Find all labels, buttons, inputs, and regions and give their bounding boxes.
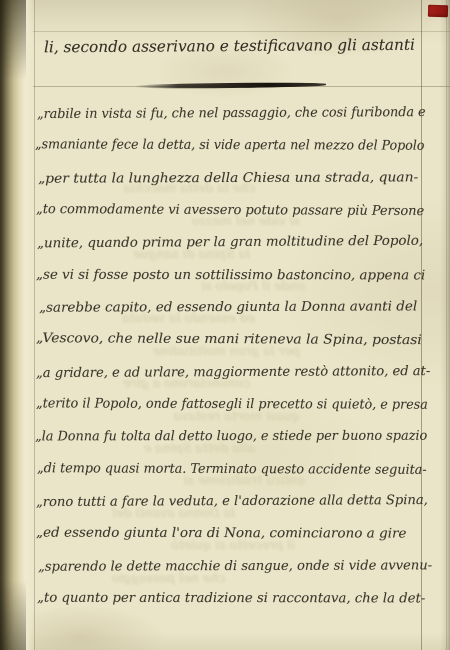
manuscript-line-text: „a gridare, e ad urlare, maggiormente re…	[36, 364, 430, 381]
manuscript-line: „sarebbe capito, ed essendo giunta la Do…	[39, 299, 408, 320]
right-margin-ruled-line	[421, 0, 422, 650]
manuscript-line-text: „to commodamente vi avessero potuto pass…	[36, 202, 424, 219]
manuscript-line-text: „to quanto per antica tradizione si racc…	[37, 591, 425, 607]
left-margin-ruled-line	[34, 0, 35, 650]
manuscript-line: „Vescovo, che nelle sue mani riteneva la…	[36, 331, 403, 353]
header-line: li, secondo asserivano e testificavano g…	[44, 36, 420, 59]
manuscript-line-text: „se vi si fosse posto un sottilissimo ba…	[36, 267, 425, 283]
manuscript-line: „rabile in vista si fu, che nel passaggi…	[37, 105, 440, 127]
manuscript-line: „di tempo quasi morta. Terminato questo …	[37, 461, 439, 483]
header-text: li, secondo asserivano e testificavano g…	[44, 36, 415, 57]
manuscript-line-text: „di tempo quasi morta. Terminato questo …	[37, 461, 427, 478]
manuscript-line-text: „rono tutti a fare la veduta, e l'adoraz…	[36, 493, 428, 510]
manuscript-line-text: „Vescovo, che nelle sue mani riteneva la…	[36, 331, 422, 348]
page-right-edge-shading	[440, 0, 450, 650]
manuscript-line-text: „ed essendo giunta l'ora di Nona, cominc…	[36, 526, 406, 542]
binding-gutter-shadow	[0, 0, 36, 650]
red-corner-mark	[428, 5, 448, 18]
manuscript-line: „sparendo le dette macchie di sangue, on…	[38, 558, 435, 579]
manuscript-line-text: „smaniante fece la detta, si vide aperta…	[35, 138, 424, 154]
manuscript-line: „ed essendo giunta l'ora di Nona, cominc…	[36, 526, 397, 547]
manuscript-line: „to quanto per antica tradizione si racc…	[37, 591, 423, 612]
pen-underline-stroke	[136, 82, 326, 88]
manuscript-line: „to commodamente vi avessero potuto pass…	[36, 202, 432, 224]
manuscript-line: „la Donna fu tolta dal detto luogo, e st…	[35, 429, 438, 450]
manuscript-line-text: „rabile in vista si fu, che nel passaggi…	[37, 105, 426, 122]
manuscript-line: „terito il Popolo, onde fattosegli il pr…	[36, 396, 442, 417]
manuscript-line-text: „terito il Popolo, onde fattosegli il pr…	[36, 396, 428, 412]
manuscript-line: „per tutta la lunghezza della Chiesa una…	[38, 170, 400, 191]
manuscript-line: „rono tutti a fare la veduta, e l'adoraz…	[36, 493, 431, 515]
manuscript-line: „a gridare, e ad urlare, maggiormente re…	[36, 364, 434, 386]
manuscript-line: „se vi si fosse posto un sottilissimo ba…	[36, 267, 419, 288]
manuscript-line: „smaniante fece la detta, si vide aperta…	[35, 138, 442, 159]
manuscript-page: che la detta macchia si vide nel mezzo l…	[0, 0, 450, 650]
manuscript-line-text: „unite, quando prima per la gran moltitu…	[37, 234, 423, 252]
manuscript-line-text: „la Donna fu tolta dal detto luogo, e st…	[35, 429, 427, 445]
page-edge-line	[446, 0, 447, 650]
manuscript-line-text: „sarebbe capito, ed essendo giunta la Do…	[39, 299, 417, 315]
manuscript-line: „unite, quando prima per la gran moltitu…	[37, 234, 417, 257]
top-ruled-line	[33, 31, 450, 32]
manuscript-line-text: „sparendo le dette macchie di sangue, on…	[38, 558, 432, 574]
manuscript-line-text: „per tutta la lunghezza della Chiesa una…	[38, 170, 418, 186]
